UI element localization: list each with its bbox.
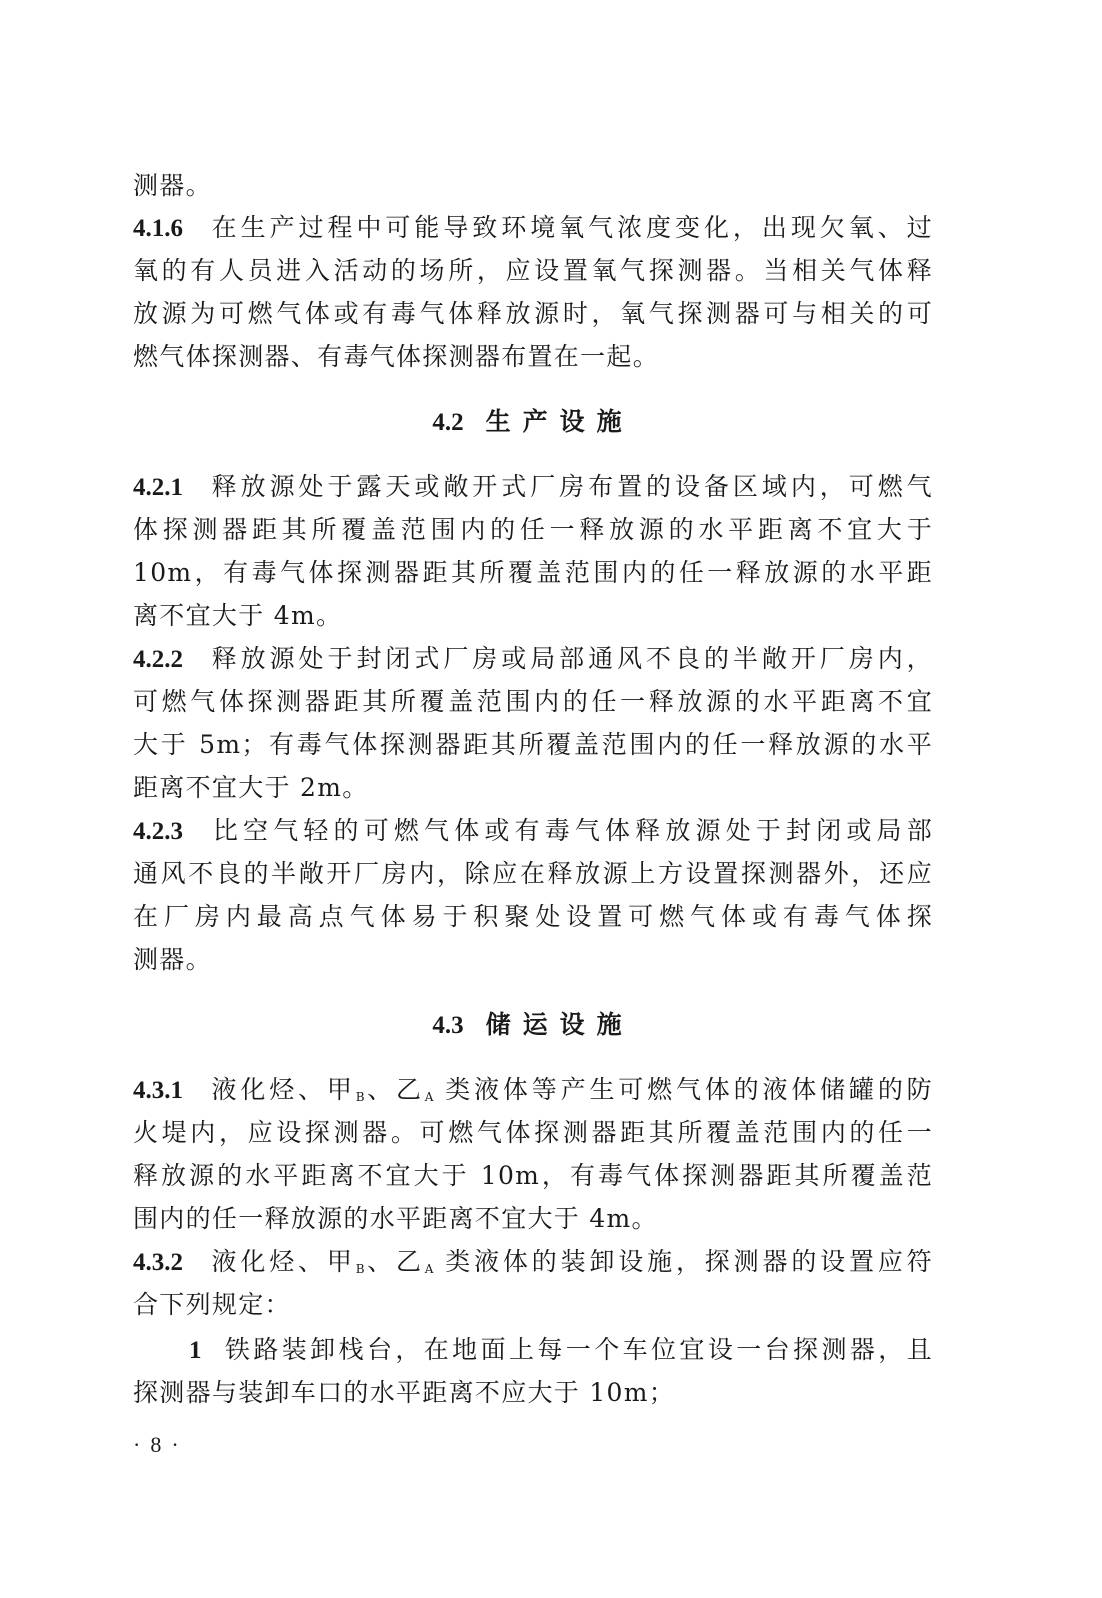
clause-number: 4.1.6	[133, 215, 183, 242]
section-number: 4.2	[432, 409, 463, 436]
section-title: 生产设施	[486, 407, 634, 436]
clause-4-1-6-line-1: 4.1.6在生产过程中可能导致环境氧气浓度变化，出现欠氧、过	[133, 208, 933, 248]
clause-4-3-2-line-2: 合下列规定：	[133, 1285, 933, 1325]
clause-number: 4.2.2	[133, 646, 183, 673]
clause-4-2-2-line-4: 距离不宜大于 2m。	[133, 768, 933, 808]
clause-text: 液化烃、甲	[209, 1075, 356, 1104]
clause-text: 燃气体探测器、有毒气体探测器布置在一起。	[133, 342, 659, 371]
section-heading-4-3: 4.3储运设施	[133, 1005, 933, 1046]
clause-4-2-2-line-3: 大于 5m；有毒气体探测器距其所覆盖范围内的任一释放源的水平	[133, 725, 933, 765]
clause-text: 、乙	[365, 1075, 425, 1104]
section-number: 4.3	[432, 1012, 463, 1039]
clause-text: 围内的任一释放源的水平距离不宜大于 4m。	[133, 1204, 658, 1233]
clause-text: 测器。	[133, 945, 212, 974]
clause-text: 距离不宜大于 2m。	[133, 773, 369, 802]
clause-4-1-6-line-2: 氧的有人员进入活动的场所，应设置氧气探测器。当相关气体释	[133, 251, 933, 291]
clause-4-3-1-line-3: 释放源的水平距离不宜大于 10m，有毒气体探测器距其所覆盖范	[133, 1156, 933, 1196]
clause-text: 类液体等产生可燃气体的液体储罐的防	[433, 1075, 933, 1104]
clause-4-2-3-line-2: 通风不良的半敞开厂房内，除应在释放源上方设置探测器外，还应	[133, 854, 933, 894]
clause-text: 液化烃、甲	[209, 1247, 356, 1276]
clause-text: 火堤内，应设探测器。可燃气体探测器距其所覆盖范围内的任一	[133, 1118, 933, 1147]
section-heading-4-2: 4.2生产设施	[133, 402, 933, 443]
list-item-1-line-1: 1铁路装卸栈台，在地面上每一个车位宜设一台探测器，且	[133, 1330, 933, 1370]
subscript-b: B	[356, 1090, 365, 1104]
clause-4-1-6-line-4: 燃气体探测器、有毒气体探测器布置在一起。	[133, 337, 933, 377]
clause-number: 4.3.2	[133, 1249, 183, 1276]
clause-4-3-1-line-1: 4.3.1液化烃、甲B、乙A 类液体等产生可燃气体的液体储罐的防	[133, 1070, 933, 1110]
clause-4-2-2-line-1: 4.2.2释放源处于封闭式厂房或局部通风不良的半敞开厂房内，	[133, 639, 933, 679]
page-number-value: 8	[150, 1432, 171, 1457]
clause-text: 放源为可燃气体或有毒气体释放源时，氧气探测器可与相关的可	[133, 299, 933, 328]
clause-text: 在厂房内最高点气体易于积聚处设置可燃气体或有毒气体探	[133, 902, 933, 931]
clause-4-1-6-line-3: 放源为可燃气体或有毒气体释放源时，氧气探测器可与相关的可	[133, 294, 933, 334]
clause-4-3-1-line-4: 围内的任一释放源的水平距离不宜大于 4m。	[133, 1199, 933, 1239]
clause-text: 大于 5m；有毒气体探测器距其所覆盖范围内的任一释放源的水平	[133, 730, 933, 759]
list-item-text: 铁路装卸栈台，在地面上每一个车位宜设一台探测器，且	[223, 1335, 933, 1364]
clause-4-3-1-line-2: 火堤内，应设探测器。可燃气体探测器距其所覆盖范围内的任一	[133, 1113, 933, 1153]
subscript-b: B	[356, 1262, 365, 1276]
list-item-number: 1	[189, 1337, 203, 1364]
clause-4-2-2-line-2: 可燃气体探测器距其所覆盖范围内的任一释放源的水平距离不宜	[133, 682, 933, 722]
clause-number: 4.2.3	[133, 818, 183, 845]
clause-4-3-2-line-1: 4.3.2液化烃、甲B、乙A 类液体的装卸设施，探测器的设置应符	[133, 1242, 933, 1282]
section-title: 储运设施	[486, 1010, 634, 1039]
clause-text: 可燃气体探测器距其所覆盖范围内的任一释放源的水平距离不宜	[133, 687, 933, 716]
clause-text: 体探测器距其所覆盖范围内的任一释放源的水平距离不宜大于	[133, 515, 933, 544]
clause-text: 、乙	[365, 1247, 425, 1276]
clause-text: 离不宜大于 4m。	[133, 601, 342, 630]
clause-4-2-3-line-1: 4.2.3比空气轻的可燃气体或有毒气体释放源处于封闭或局部	[133, 811, 933, 851]
clause-4-2-1-line-1: 4.2.1释放源处于露天或敞开式厂房布置的设备区域内，可燃气	[133, 467, 933, 507]
clause-text: 氧的有人员进入活动的场所，应设置氧气探测器。当相关气体释	[133, 256, 933, 285]
carryover-text-content: 测器。	[133, 171, 212, 200]
list-item-text: 探测器与装卸车口的水平距离不应大于 10m；	[133, 1378, 675, 1407]
clause-number: 4.3.1	[133, 1077, 183, 1104]
page-number: ·8·	[133, 1430, 189, 1460]
clause-text: 释放源的水平距离不宜大于 10m，有毒气体探测器距其所覆盖范	[133, 1161, 933, 1190]
clause-4-2-3-line-4: 测器。	[133, 940, 933, 980]
clause-4-2-1-line-2: 体探测器距其所覆盖范围内的任一释放源的水平距离不宜大于	[133, 510, 933, 550]
clause-text: 类液体的装卸设施，探测器的设置应符	[433, 1247, 933, 1276]
clause-4-2-3-line-3: 在厂房内最高点气体易于积聚处设置可燃气体或有毒气体探	[133, 897, 933, 937]
clause-text: 释放源处于露天或敞开式厂房布置的设备区域内，可燃气	[209, 472, 933, 501]
page-dot-left: ·	[133, 1432, 150, 1457]
list-item-1-line-2: 探测器与装卸车口的水平距离不应大于 10m；	[133, 1373, 933, 1413]
carryover-text: 测器。	[133, 166, 933, 206]
page-dot-right: ·	[171, 1432, 188, 1457]
clause-4-2-1-line-3: 10m，有毒气体探测器距其所覆盖范围内的任一释放源的水平距	[133, 553, 933, 593]
clause-text: 合下列规定：	[133, 1290, 291, 1319]
clause-text: 比空气轻的可燃气体或有毒气体释放源处于封闭或局部	[209, 816, 933, 845]
clause-4-2-1-line-4: 离不宜大于 4m。	[133, 596, 933, 636]
clause-text: 通风不良的半敞开厂房内，除应在释放源上方设置探测器外，还应	[133, 859, 933, 888]
clause-text: 在生产过程中可能导致环境氧气浓度变化，出现欠氧、过	[209, 213, 933, 242]
clause-number: 4.2.1	[133, 474, 183, 501]
clause-text: 释放源处于封闭式厂房或局部通风不良的半敞开厂房内，	[209, 644, 933, 673]
clause-text: 10m，有毒气体探测器距其所覆盖范围内的任一释放源的水平距	[133, 558, 933, 587]
